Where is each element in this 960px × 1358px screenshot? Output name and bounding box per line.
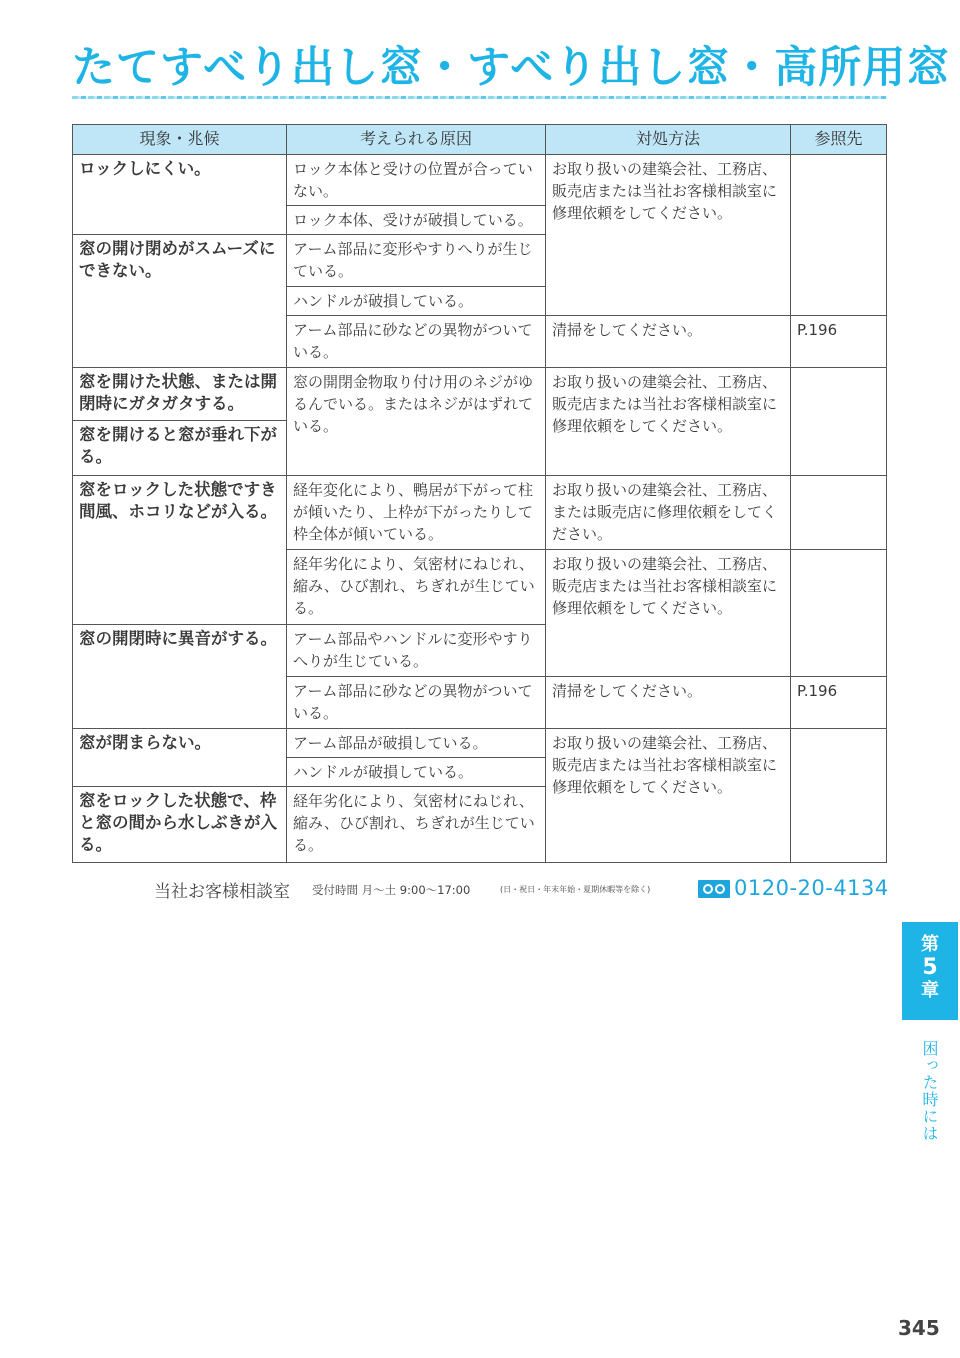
header-reference: 参照先 — [790, 124, 887, 155]
chapter-label: 困った時には — [917, 1040, 939, 1142]
reference-link[interactable]: P.196 — [790, 315, 887, 368]
cause-cell: アーム部品が破損している。 — [286, 728, 546, 758]
cause-cell: ロック本体、受けが破損している。 — [286, 205, 546, 235]
symptom-cell: 窓の開け閉めがスムーズにできない。 — [72, 234, 287, 368]
reference-cell — [790, 154, 887, 316]
cause-cell: ハンドルが破損している。 — [286, 757, 546, 787]
symptom-cell: 窓をロックした状態で、枠と窓の間から水しぶきが入る。 — [72, 786, 287, 863]
cause-cell: アーム部品に砂などの異物がついている。 — [286, 676, 546, 729]
cause-cell: アーム部品やハンドルに変形やすりへりが生じている。 — [286, 624, 546, 677]
reference-cell — [790, 367, 887, 476]
remedy-cell: 清掃をしてください。 — [545, 315, 791, 368]
reference-cell — [790, 475, 887, 550]
remedy-cell: 清掃をしてください。 — [545, 676, 791, 729]
cause-cell: アーム部品に変形やすりへりが生じている。 — [286, 234, 546, 287]
remedy-cell: お取り扱いの建築会社、工務店、販売店または当社お客様相談室に修理依頼をしてくださ… — [545, 154, 791, 316]
customer-support-footer: 当社お客様相談室 受付時間 月〜土 9:00〜17:00 (日・祝日・年末年始・… — [150, 876, 890, 904]
reference-cell — [790, 549, 887, 677]
chapter-tab[interactable]: 第 5 章 — [902, 922, 958, 1020]
cause-cell: 経年変化により、鴨居が下がって柱が傾いたり、上枠が下がったりして枠全体が傾いてい… — [286, 475, 546, 550]
reference-link[interactable]: P.196 — [790, 676, 887, 729]
support-hours: 受付時間 月〜土 9:00〜17:00 — [312, 882, 470, 898]
title-underline — [72, 96, 887, 99]
freedial-icon — [698, 880, 730, 898]
reference-cell — [790, 728, 887, 863]
remedy-cell: お取り扱いの建築会社、工務店、販売店または当社お客様相談室に修理依頼をしてくださ… — [545, 549, 791, 677]
support-phone-number[interactable]: 0120-20-4134 — [734, 876, 889, 900]
cause-cell: 窓の開閉金物取り付け用のネジがゆるんでいる。またはネジがはずれている。 — [286, 367, 546, 476]
header-remedy: 対処方法 — [545, 124, 791, 155]
header-cause: 考えられる原因 — [286, 124, 546, 155]
cause-cell: 経年劣化により、気密材にねじれ、縮み、ひび割れ、ちぎれが生じている。 — [286, 786, 546, 863]
chapter-prefix: 第 — [902, 934, 958, 956]
symptom-cell: ロックしにくい。 — [72, 154, 287, 235]
page-title: たてすべり出し窓・すべり出し窓・高所用窓 — [72, 40, 892, 96]
cause-cell: アーム部品に砂などの異物がついている。 — [286, 315, 546, 368]
symptom-cell: 窓を開けた状態、または開閉時にガタガタする。 — [72, 367, 287, 421]
remedy-cell: お取り扱いの建築会社、工務店、販売店または当社お客様相談室に修理依頼をしてくださ… — [545, 728, 791, 863]
symptom-cell: 窓をロックした状態ですき間風、ホコリなどが入る。 — [72, 475, 287, 625]
support-hours-note: (日・祝日・年末年始・夏期休暇等を除く) — [500, 884, 650, 895]
cause-cell: 経年劣化により、気密材にねじれ、縮み、ひび割れ、ちぎれが生じている。 — [286, 549, 546, 625]
cause-cell: ロック本体と受けの位置が合っていない。 — [286, 154, 546, 206]
symptom-cell: 窓を開けると窓が垂れ下がる。 — [72, 420, 287, 476]
page-number: 345 — [898, 1316, 940, 1340]
symptom-cell: 窓の開閉時に異音がする。 — [72, 624, 287, 729]
support-org-name: 当社お客様相談室 — [154, 877, 290, 902]
remedy-cell: お取り扱いの建築会社、工務店、販売店または当社お客様相談室に修理依頼をしてくださ… — [545, 367, 791, 476]
remedy-cell: お取り扱いの建築会社、工務店、または販売店に修理依頼をしてください。 — [545, 475, 791, 550]
chapter-number: 5 — [902, 956, 958, 980]
chapter-suffix: 章 — [902, 980, 958, 1002]
symptom-cell: 窓が閉まらない。 — [72, 728, 287, 787]
header-symptom: 現象・兆候 — [72, 124, 287, 155]
cause-cell: ハンドルが破損している。 — [286, 286, 546, 316]
